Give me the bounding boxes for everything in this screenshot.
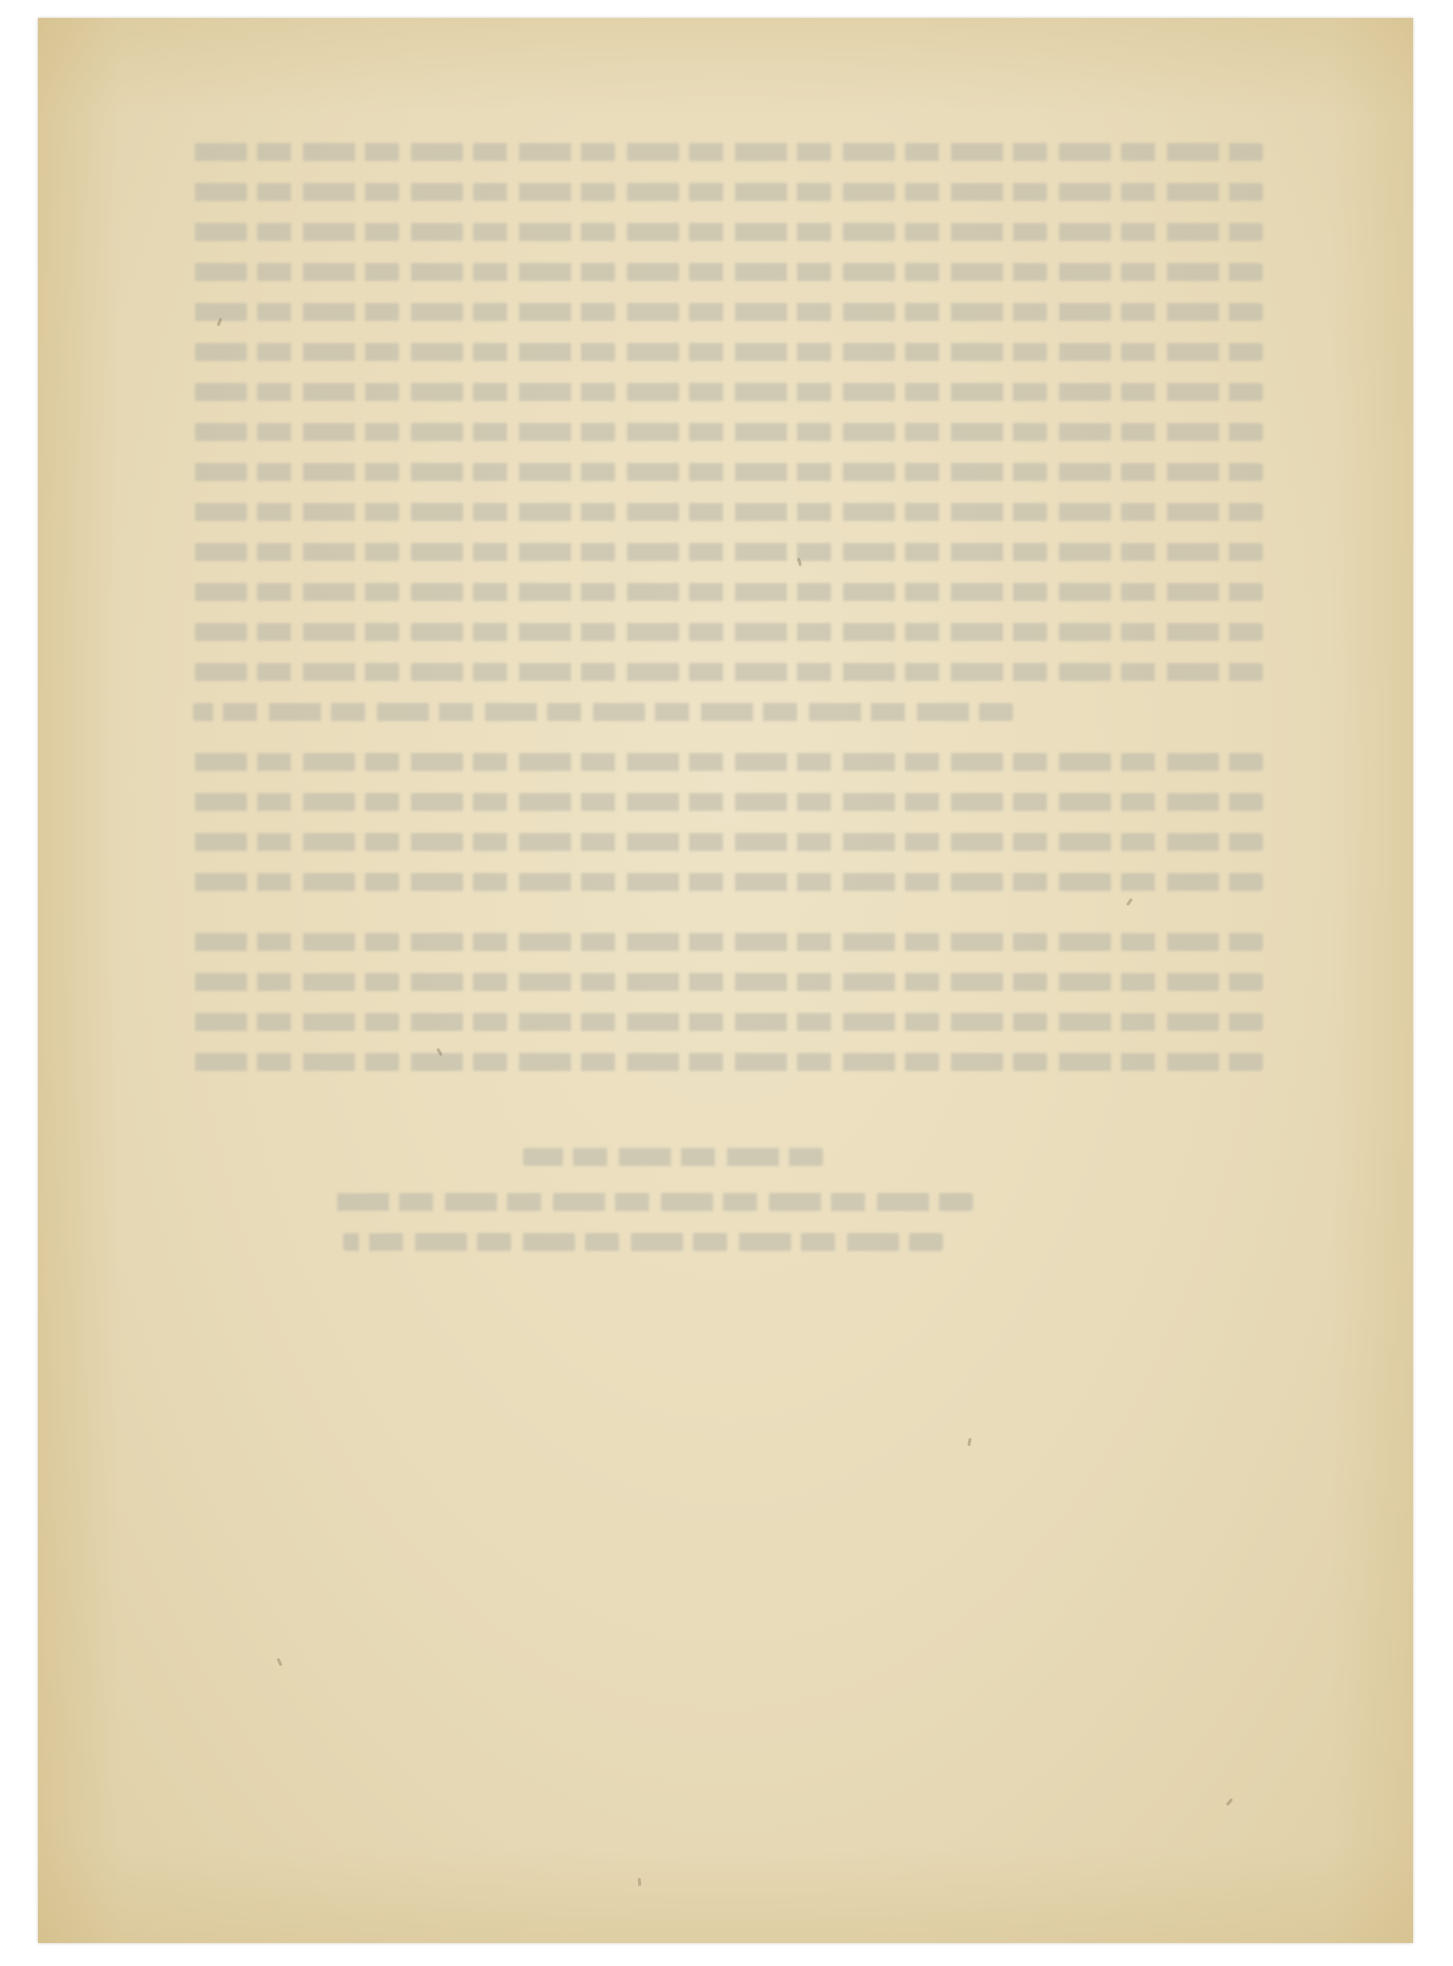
text-line — [193, 383, 1263, 401]
text-line — [193, 263, 1263, 281]
text-line — [193, 793, 1263, 811]
text-line — [193, 583, 1263, 601]
signature-line — [523, 1148, 823, 1166]
signature-line — [343, 1233, 943, 1251]
text-line — [193, 623, 1263, 641]
text-line — [193, 663, 1263, 681]
paper-sheet — [38, 18, 1413, 1943]
text-line — [193, 873, 1263, 891]
text-line — [193, 303, 1263, 321]
text-line — [193, 543, 1263, 561]
bleed-through-text — [38, 18, 1413, 1943]
text-line — [193, 933, 1263, 951]
text-line — [193, 423, 1263, 441]
text-line — [193, 703, 1013, 721]
text-line — [193, 1013, 1263, 1031]
text-line — [193, 183, 1263, 201]
paper-speck — [638, 1878, 642, 1886]
text-line — [193, 503, 1263, 521]
text-line — [193, 463, 1263, 481]
text-line — [193, 973, 1263, 991]
text-line — [193, 1053, 1263, 1071]
text-line — [193, 343, 1263, 361]
text-line — [193, 223, 1263, 241]
signature-line — [333, 1193, 973, 1211]
text-line — [193, 143, 1263, 161]
text-line — [193, 753, 1263, 771]
text-line — [193, 833, 1263, 851]
